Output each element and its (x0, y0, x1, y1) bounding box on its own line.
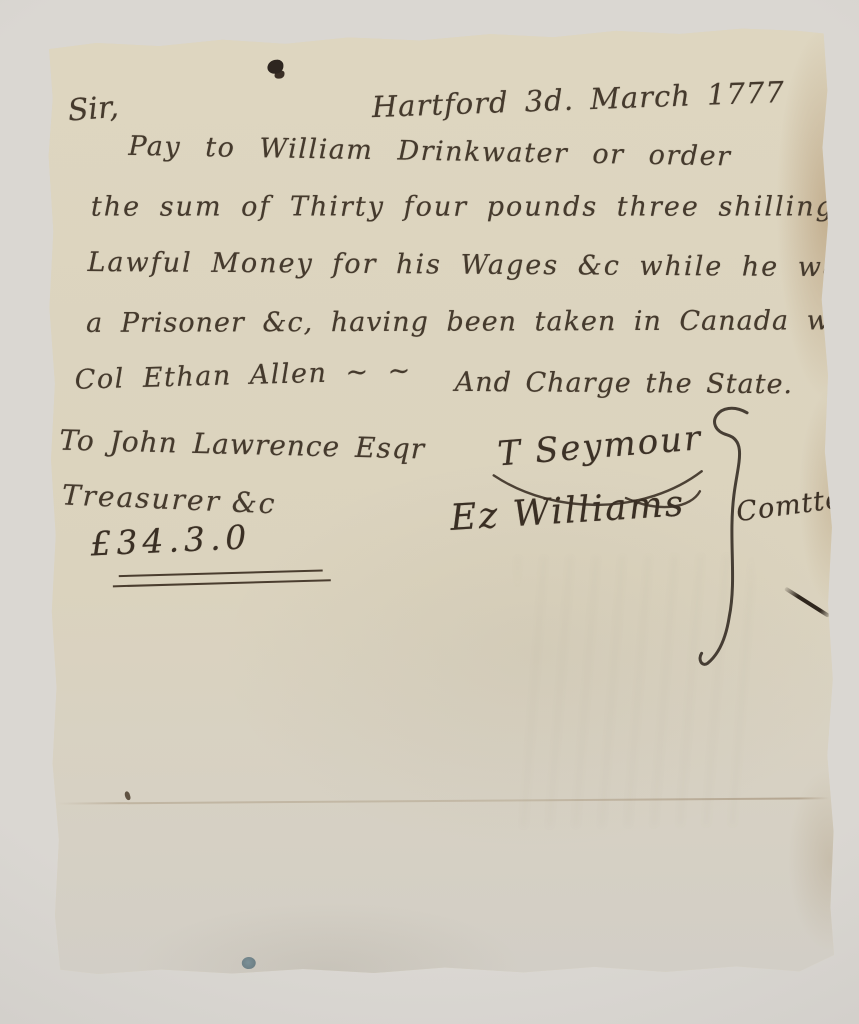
blue-ink-dot (242, 957, 256, 969)
dateline: Hartford 3d. March 1777 (371, 75, 785, 124)
amount: £34.3.0 (90, 517, 253, 563)
body-line-money: Lawful Money for his Wages &c while he w… (87, 247, 857, 283)
body-line-allen: Col Ethan Allen ~ ~ (74, 355, 412, 395)
photo: Sir, Hartford 3d. March 1777 Pay to Will… (0, 0, 859, 1024)
salutation: Sir, (67, 90, 120, 129)
ink-speck (124, 791, 131, 801)
amount-underline-top (119, 569, 323, 577)
signature-seymour: T Seymour (496, 418, 704, 474)
addressee-line-1: To John Lawrence Esqr (59, 424, 426, 466)
committee-label: Comtte (734, 483, 843, 528)
body-line-pay: Pay to William Drinkwater or order (128, 131, 732, 173)
ink-bleedthrough (517, 555, 755, 827)
ink-slash-mark (784, 587, 830, 618)
addressee-line-2: Treasurer &c (61, 478, 277, 520)
signature-williams: Ez Williams (449, 483, 686, 539)
body-line-sum: the sum of Thirty four pounds three shil… (91, 192, 851, 223)
charge-note: And Charge the State. (455, 367, 794, 400)
manuscript-paper: Sir, Hartford 3d. March 1777 Pay to Will… (41, 24, 839, 982)
ink-blot (267, 60, 283, 74)
amount-underline-bottom (113, 579, 331, 587)
body-line-prisoner: a Prisoner &c, having been taken in Cana… (86, 305, 859, 339)
